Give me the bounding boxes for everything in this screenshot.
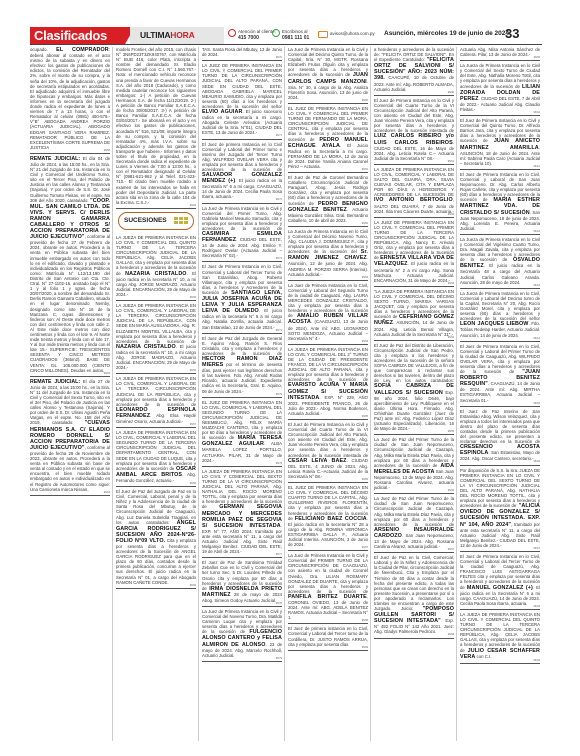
ad-code: 96/82 (362, 221, 368, 226)
ad-text: LA JUEZ DE PRIMERA INSTANCIA EN LO CIVIL… (202, 63, 282, 109)
ad-lead: REMATE JUDICIAL: (30, 379, 80, 385)
ad-code: 96/81 (362, 167, 368, 172)
ad-highlight-name: ELVIO AGUIAR (202, 109, 242, 115)
ad-text: La Juez de Primera Instancia en lo Civil… (288, 553, 368, 594)
classified-ad: LA JUEZA DE PRIMERA INSTANCIA EN LO CIVI… (116, 303, 196, 374)
classified-ad: El Juez de Primera Instancia en lo Civil… (460, 554, 540, 610)
ad-code: 96/A3 (533, 283, 540, 288)
ad-text: LA JUEZA DE PRIMERA INSTANCIA EN LO CIVI… (116, 303, 196, 344)
ad-code: 96/71 (276, 133, 282, 138)
column-1: ocupado. EL COMPRADOR: deberá abonar al … (30, 47, 113, 741)
ad-code: 96/A0 (533, 110, 540, 115)
contact-phone: Atención al cliente:415 7000 (228, 29, 276, 41)
classified-ad: La Juez de Paz del Primer Turno de la ci… (374, 496, 454, 553)
contact-phone-value[interactable]: 415 7000 (238, 35, 276, 41)
ad-code: 96/80 (362, 98, 368, 103)
ad-code: 96/58 (104, 148, 110, 153)
header-divider (30, 44, 542, 45)
classified-ad: El Juez de Primera Instancia en lo Civil… (460, 172, 540, 235)
classified-ad: LA JUEZA DE PRIMERA INSTANCIA EN LO CIVI… (288, 347, 368, 420)
ad-highlight-name: CESAR LEIVA BAEZ (288, 458, 347, 464)
classified-ad: La Juez de Primera Instancia en lo Civil… (202, 206, 282, 263)
ad-code: 96/94 (448, 335, 454, 340)
ad-text: La Jueza de Primera Instancia en lo Civi… (288, 229, 368, 254)
ad-text: El Juez de Primera Instancia en lo Civil… (374, 98, 454, 134)
ad-code: 96/75 (276, 392, 282, 397)
ad-code: 96/92 (448, 212, 454, 217)
ad-text: El Juez de Paz del Juzgado de General E.… (202, 336, 282, 356)
ad-text: El Juez de Primera Instancia en lo Civil… (288, 422, 368, 458)
ad-highlight-name: JULIO CESAR SCHAFFER VERA (460, 648, 540, 660)
classified-ad: EL JUEZ DE PRIMERA INSTANCIA EN LO CIVIL… (288, 485, 368, 551)
ad-code: 96/A9 (533, 658, 540, 663)
ad-code: 96/83 (362, 275, 368, 280)
whatsapp-icon (272, 29, 280, 37)
classified-ad: Actuaria Abg. Nilsa Antonia Sánchez de C… (460, 47, 540, 61)
ad-code: 96/96 (448, 488, 454, 493)
ad-text: La Juez de Paz del Primer Turno de la ci… (374, 496, 454, 526)
classified-ad: El Juez de Paz del Juzgado de General E.… (202, 336, 282, 398)
ad-text: El Juez de primera Instancia en lo Civil… (202, 142, 282, 172)
mail-icon (318, 31, 328, 38)
ad-code: 96/A6 (533, 459, 540, 464)
ad-highlight-name: NAZARIA CRISTALDO (116, 344, 176, 350)
contact-email: avisos@uhora.com.py (318, 31, 375, 38)
ad-text: LA JUEZA DE PRIMERA INSTANCIA EN LO CIVI… (202, 469, 282, 510)
column-6: Actuaria Abg. Nilsa Antonia Sánchez de C… (460, 47, 542, 741)
classified-ad: La Jueza de Primera Instancia en lo Civi… (460, 291, 540, 342)
classified-ad: El Juez de Paz del Distrito de Liberació… (374, 343, 454, 436)
ad-text: La Jueza de Primera Instancia en lo Civi… (460, 291, 540, 321)
ad-code: 96/93 (448, 281, 454, 286)
ad-code: 96/95 (448, 429, 454, 434)
column-5: a herederos y acreedores de la sucesión … (374, 47, 457, 741)
classified-ad: EL JUEZ DE PRIMERA INSTANCIA EN LO CIVIL… (202, 400, 282, 467)
ad-code: 96/88 (362, 618, 368, 623)
ad-highlight-name: NAZARIA CRISTALDO (125, 271, 186, 277)
ad-code: 96/70 (276, 55, 282, 60)
classified-ad: La Juez de Primera Instancia en lo Civil… (288, 283, 368, 345)
classified-ad: LA JUEZ DE PRIMERA INSTANCIA EN LO CIVIL… (202, 63, 282, 139)
classified-ad: "LA JUEZA DE PRIMERA INSTANCIA EN LO CIV… (374, 289, 454, 341)
ad-code: 96/72 (276, 197, 282, 202)
ad-text: El Juez de Paz del Distrito de Liberació… (374, 343, 454, 384)
classified-ad: La Juez de Primera Instancia en lo Civil… (288, 553, 368, 624)
ad-text: LA JUEZA DE PRIMERA INSTANCIA EN LO CIVI… (116, 235, 196, 276)
page-number: 33 (505, 26, 519, 41)
classified-ad: El Juez de Primera Instancia en lo Civil… (460, 118, 540, 170)
classified-ad: El Juez de Paz Interino de San Estanisla… (460, 409, 540, 466)
ad-code: 96/68 (190, 481, 196, 486)
phone-icon (228, 29, 236, 37)
ad-text: LA JUEZA DE PRIMERA INSTANCIA EN LO CIVI… (374, 167, 454, 197)
classified-ad: El Juez de Primera Instancia en lo Civil… (288, 422, 368, 483)
classified-ad: TAS. Santa Rosa del Mbutuy, 13 de Junio … (202, 47, 282, 61)
ad-code: 96/A5 (533, 401, 540, 406)
ad-code: 96/A2 (533, 229, 540, 234)
classified-ad: a herederos y acreedores de la sucesión … (374, 47, 454, 96)
classified-ad: La Juez de Primera Instancia en lo Civil… (202, 609, 282, 662)
dateline: Asunción, miércoles 19 de junio de 2024 (384, 30, 509, 37)
ad-text: : deberá abonar al contado en el acto mi… (30, 47, 110, 150)
ad-code: 96/99 (534, 55, 540, 60)
ad-code: 96/84 (362, 339, 368, 344)
ad-code: 96/A4 (533, 336, 540, 341)
ad-code: 96/87 (362, 545, 368, 550)
ad-highlight-name: LUIZ CARLOS RIBEIRO y/o LUIS CARLOS RIBE… (374, 133, 454, 145)
contact-whatsapp: Escribinos al0981 111 01 (272, 29, 309, 41)
ad-text: El Juez de primera instancia en lo Civil… (288, 626, 368, 646)
ad-code: 96/63 (104, 490, 110, 495)
ad-text: TAS. Santa Rosa del Mbutuy, 13 de Junio … (202, 47, 282, 57)
logo-hora: HORA (170, 30, 194, 40)
ad-code: 96/79 (276, 656, 282, 661)
ad-text: modelo Frontier, del año 2015, con chasi… (116, 47, 196, 205)
logo-ultima: ULTIMA (140, 30, 170, 40)
ad-text: Actuaria Abg. Nilsa Antonia Sánchez de C… (460, 47, 540, 57)
ad-text: El Juez de Paz en lo Civil, Comercial, L… (374, 555, 454, 611)
column-2: modelo Frontier, del año 2015, con chasi… (116, 47, 199, 741)
classified-ad: REMATE JUDICIAL: El día 27 de Junio de 2… (30, 379, 110, 496)
ad-code: 96/A1 (533, 164, 540, 169)
ad-code: 96/A8 (533, 604, 540, 609)
classified-ad: La Jueza de Primera Instancia en lo Civi… (460, 237, 540, 289)
ad-code: 96/74 (276, 328, 282, 333)
ad-code: 96/64 (190, 203, 196, 208)
classified-ad: El Juez de Paz del Juzgado de Paz en lo … (116, 489, 196, 589)
ad-code: 96/77 (276, 552, 282, 557)
classified-ad: La Juez de Primera Instancia en lo Civil… (288, 47, 368, 104)
ad-text: LA JUEZA DE PRIMERA INSTANCIA EN LO CIVI… (288, 347, 368, 383)
classified-ad: LA JUEZ DE PRIMERA INSTANCIA EN LO CIVIL… (374, 220, 454, 287)
classified-ad: ocupado. EL COMPRADOR: deberá abonar al … (30, 47, 110, 154)
ad-code: 96/62 (104, 371, 110, 376)
classified-ad: LA JUEZA DE PRIMERA INSTANCIA EN LO CIVI… (202, 469, 282, 559)
ad-code: 96/67 (190, 422, 196, 427)
ad-text: El día 27 de Junio de 2024, a las 15:00 … (30, 379, 110, 426)
classified-ad: El Juez de Paz de Coronel Bernardino Cab… (288, 175, 368, 227)
ad-text: El Juez de Paz Interino de San Estanisla… (460, 409, 540, 445)
blocks-icon (174, 217, 188, 224)
ad-code: 96/89 (362, 645, 368, 650)
ad-code: 96/86 (362, 477, 368, 482)
classified-ad: modelo Frontier, del año 2015, con chasi… (116, 47, 196, 209)
classified-ad: El Juez de primera Instancia en lo Civil… (202, 142, 282, 204)
classified-ad: El Juez de Paz en lo Civil, Comercial, L… (374, 555, 454, 638)
contact-label: Atención al cliente: (238, 29, 276, 34)
ad-code: 96/65 (190, 295, 196, 300)
ad-highlight-name: MANUEL GONZALEZ (+) (467, 585, 533, 591)
classified-ad: LA JUEZA DE PRIMERA INSTANCIA EN LO CIVI… (116, 376, 196, 428)
classified-ad: LA JUEZA DE PRIMERA INSTANCIA EN LO CIVI… (460, 612, 540, 664)
ad-highlight-name: FELICIANO BAEZ COCCIA (295, 516, 367, 522)
ad-code: 96/76 (276, 461, 282, 466)
classified-ad: El Juez de Primera Instancia en lo Civil… (202, 264, 282, 333)
ad-code: 96/85 (362, 414, 368, 419)
ad-text: ocupado. (30, 47, 56, 52)
ad-code: 96/98 (448, 632, 454, 637)
classified-ad: EL JUEZ DE PRIMERA INSTANCIA EN LO CIVIL… (288, 106, 368, 173)
ad-code: 96/97 (448, 547, 454, 552)
section-label-text: SUCESIONES (124, 217, 167, 224)
ad-text: LA JUEZA DE PRIMERA INSTANCIA EN LO CIVI… (460, 612, 540, 653)
ad-text: Exp. 98 año 2024, folio D646, bajo aperc… (374, 390, 454, 432)
ad-text: Cita y emplaza por sesenta días a herede… (116, 538, 196, 585)
classified-ad: La Jueza de Primera Instancia en lo Civi… (460, 63, 540, 116)
classified-ad: El Juez de Primera Instancia en lo Civil… (460, 344, 540, 407)
ad-highlight-name: PANFILA BRITEZ DUARTE (288, 594, 367, 600)
ad-text: LA JUEZA DE PRIMERA INSTANCIA EN LO CIVI… (116, 430, 196, 471)
contact-whatsapp-value[interactable]: 0981 111 01 (282, 35, 309, 41)
ad-highlight-name: LEON JACQUES LIEBOW (460, 321, 529, 327)
ad-code: 96/69 (190, 583, 196, 588)
classified-ad: LA JUEZA DE PRIMERA INSTANCIA EN LO CIVI… (116, 430, 196, 487)
ad-code: 96/A7 (533, 546, 540, 551)
ad-highlight-name: EL COMPRADOR (56, 47, 109, 53)
ad-code: 96/78 (276, 601, 282, 606)
classified-ad: El Juez de Paz de Santísima Trinidad Zeb… (202, 560, 282, 607)
ad-text: El día 04 de Julio de 2024, a las 15:00 … (30, 156, 110, 203)
newspaper-logo: ULTIMAHORA (130, 27, 224, 44)
ad-text: con C.I. (475, 654, 491, 659)
ad-text: Por disposición de S.S. la Sra. JUEZA DE… (460, 468, 540, 509)
classified-ad: REMATE JUDICIAL: El día 04 de Julio de 2… (30, 156, 110, 377)
contact-label: Escribinos al (282, 29, 308, 34)
ad-code: 96/90 (448, 90, 454, 95)
classified-ad: LA JUEZA DE PRIMERA INSTANCIA EN LO CIVI… (116, 235, 196, 301)
page-header: Clasificados ULTIMAHORA Atención al clie… (30, 27, 542, 44)
classifieds-columns: ocupado. EL COMPRADOR: deberá abonar al … (30, 47, 542, 741)
ad-code: 96/66 (190, 368, 196, 373)
section-title: Clasificados (30, 27, 125, 44)
classified-ad: La Jueza de Primera Instancia en lo Civi… (288, 229, 368, 281)
classified-ad: La Juez de Paz del Primer Turno de la ci… (374, 437, 454, 494)
ad-code: 96/91 (448, 159, 454, 164)
classified-ad: El Juez de Primera Instancia en lo Civil… (374, 98, 454, 165)
classified-ad: El Juez de primera instancia en lo Civil… (288, 626, 368, 650)
classified-ad: Por disposición de S.S. la Sra. JUEZA DE… (460, 468, 540, 552)
ad-text: , conforme al proveído de fecha 29 de No… (30, 445, 110, 492)
contact-email-value[interactable]: avisos@uhora.com.py (330, 31, 375, 37)
ad-text: LA JUEZ DE PRIMERA INSTANCIA EN LO CIVIL… (374, 220, 454, 261)
ad-text: CAACUPÉ, 10 de Octubre de 2023. Ante mí:… (374, 75, 454, 91)
ad-lead: REMATE JUDICIAL: (30, 156, 80, 162)
ad-code: 96/73 (276, 256, 282, 261)
section-label-sucesiones: SUCESIONES (118, 212, 194, 230)
column-3: TAS. Santa Rosa del Mbutuy, 13 de Junio … (202, 47, 285, 741)
ad-text: La Juez de Primera Instancia en lo Civil… (202, 206, 282, 231)
ad-text: LA JUEZA DE PRIMERA INSTANCIA EN LO CIVI… (116, 376, 196, 406)
classified-ad: LA JUEZA DE PRIMERA INSTANCIA EN LO CIVI… (374, 167, 454, 218)
ad-highlight-name: IVO ANTONIO BERTOGLIO (374, 197, 453, 203)
ad-text: , conforme al proveído de fecha 27 de Fe… (30, 234, 110, 372)
column-4: La Juez de Primera Instancia en lo Civil… (288, 47, 371, 741)
